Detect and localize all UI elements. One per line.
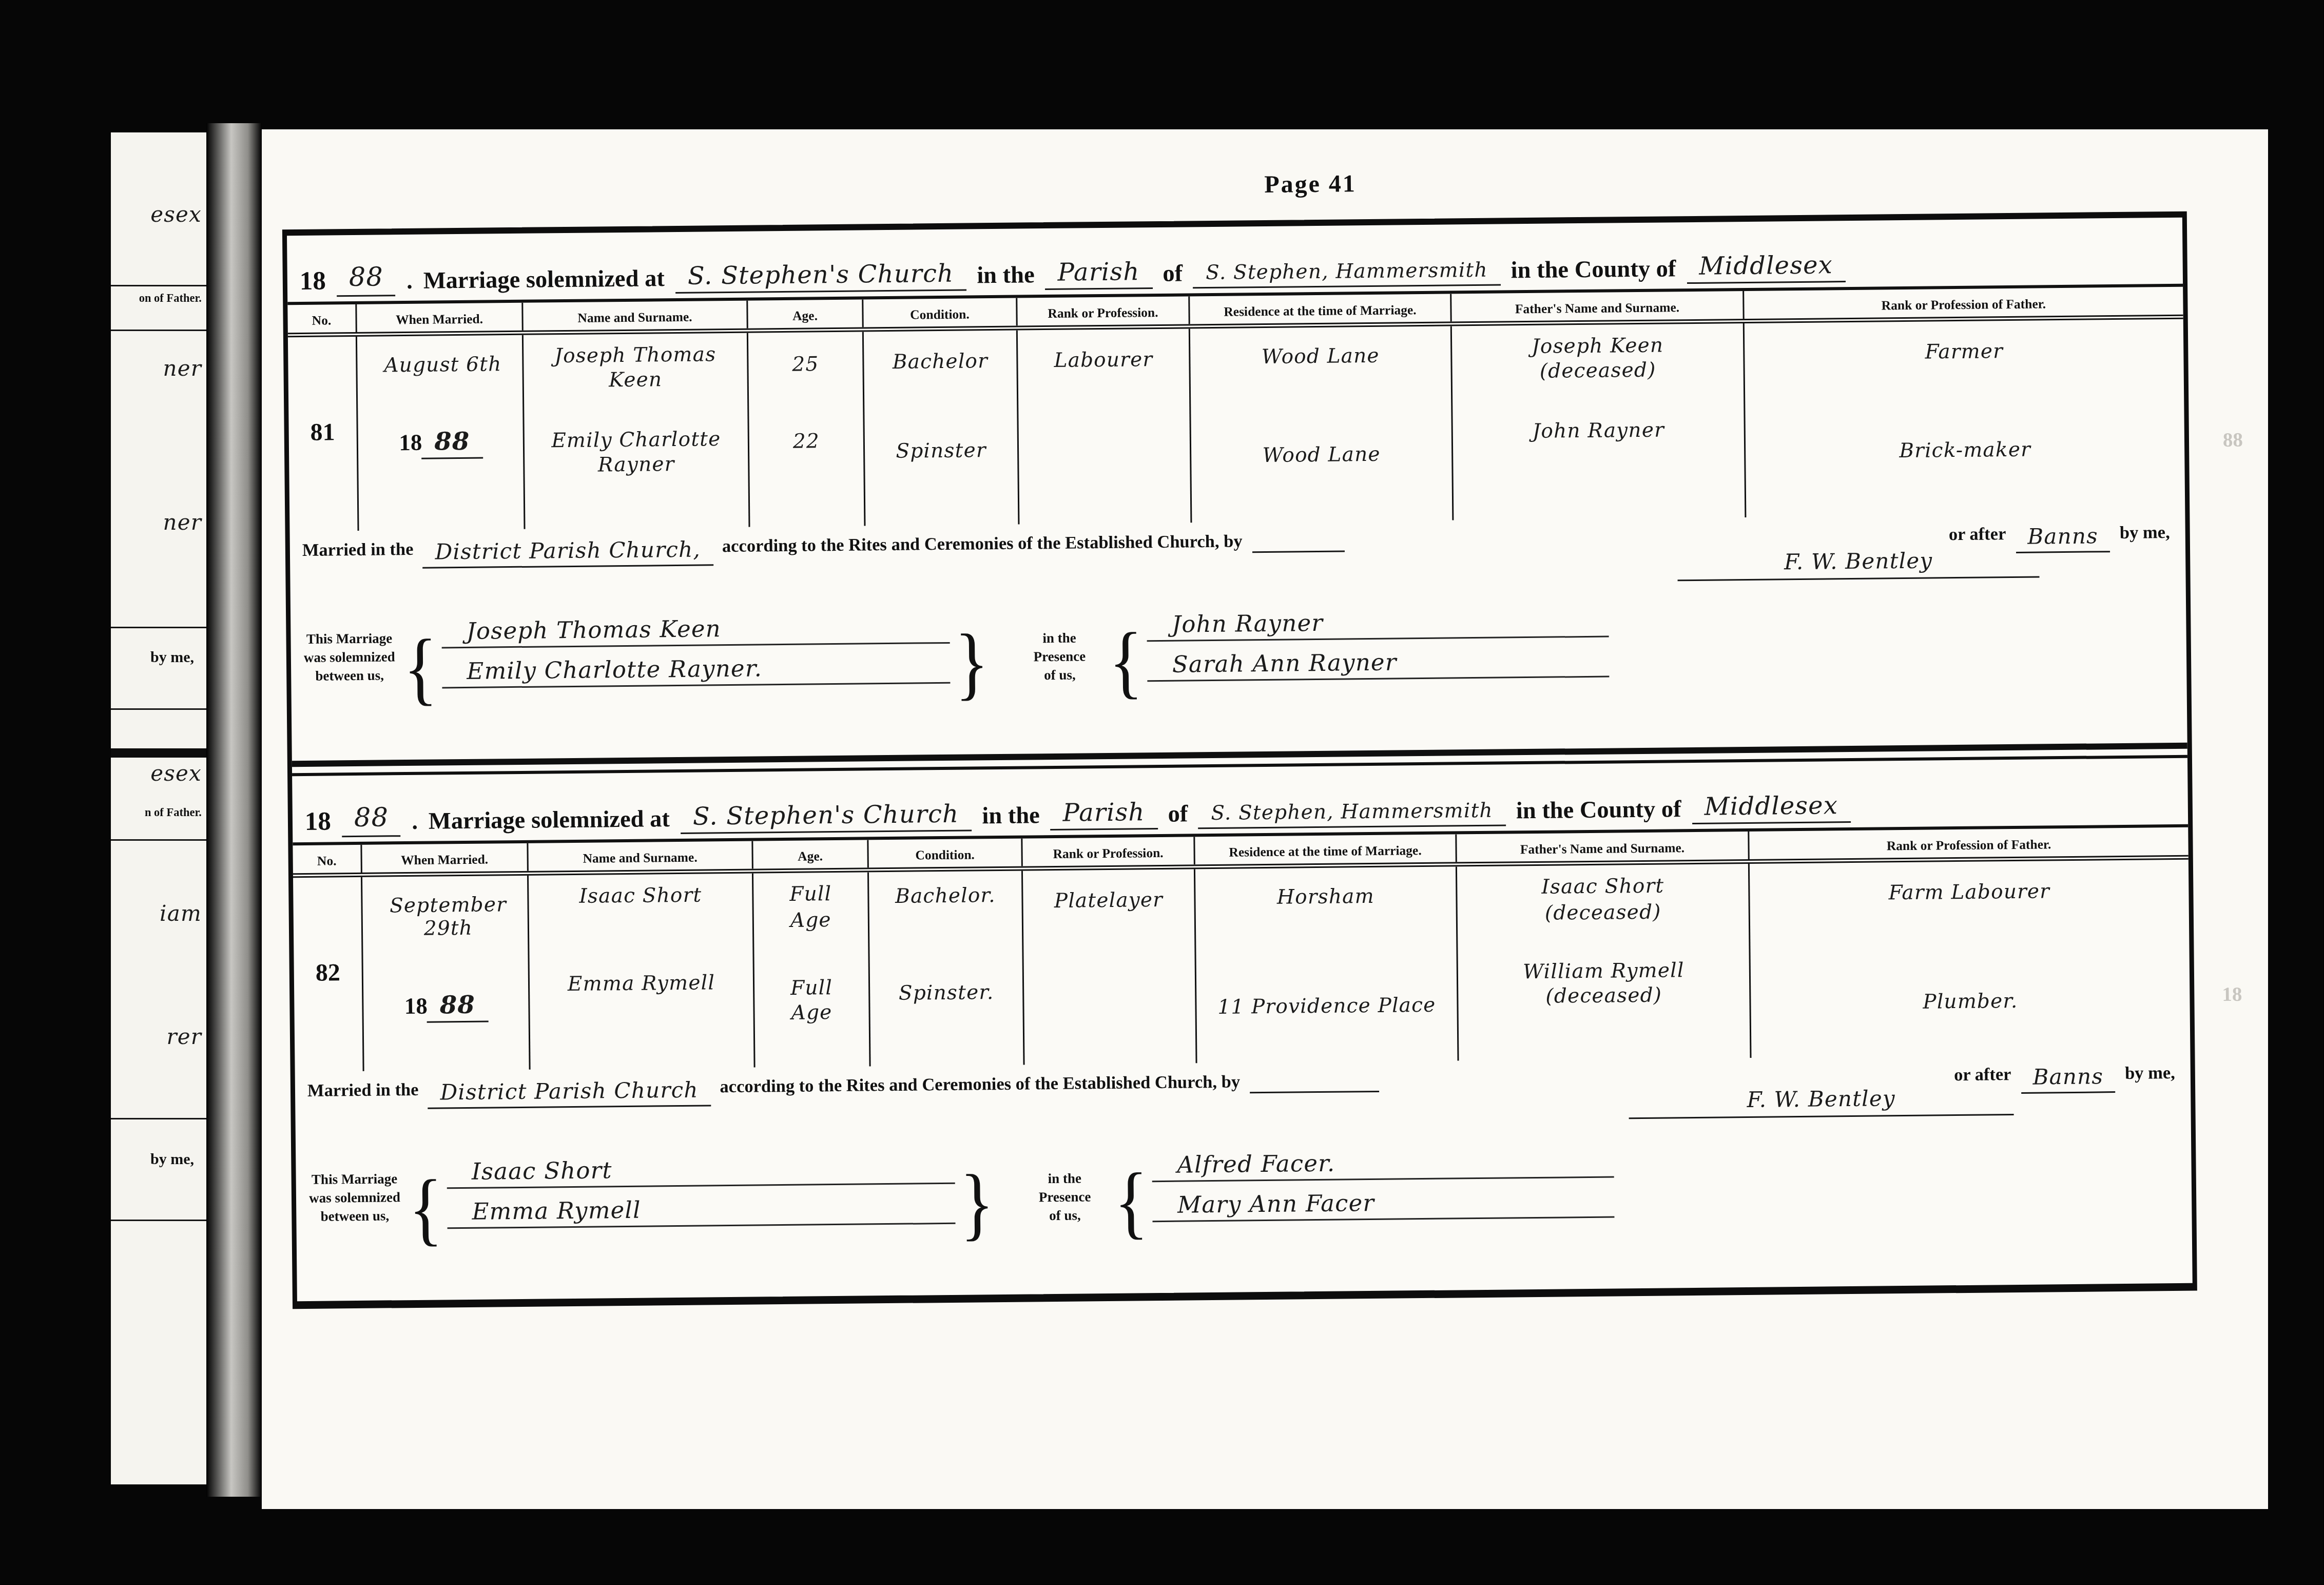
year-printed: 18 (305, 807, 332, 838)
fragment-surname-script: iam (160, 902, 202, 927)
when-married-cell: August 6th 1888 (357, 335, 526, 531)
witness-signature: Mary Ann Facer (1153, 1188, 1615, 1223)
parish-name-handwritten: S. Stephen, Hammersmith (1198, 800, 1505, 829)
by-me-label: by me, (2125, 1065, 2175, 1084)
marriage-record-82: 1888. Marriage solemnized at S. Stephen'… (292, 758, 2193, 1302)
bride-father-rank: Brick-maker (1746, 438, 2184, 468)
father-name-cell: Joseph Keen(deceased) John Rayner (1452, 324, 1747, 520)
father-rank-cell: Farmer Brick-maker (1745, 319, 2185, 517)
by-me-label: by me, (2120, 525, 2170, 544)
groom-name: Joseph ThomasKeen (524, 344, 747, 396)
presence-label: in thePresenceof us, (1020, 1171, 1110, 1226)
condition-cell: Bachelor. Spinster. (869, 872, 1025, 1067)
presence-label: in thePresenceof us, (1015, 630, 1105, 685)
brace-open: { (408, 1141, 443, 1279)
of-label: of (1168, 802, 1188, 829)
spacer (1388, 1067, 1945, 1072)
record-row: 82 September 29th 1888 Isaac Short Emma … (293, 860, 2190, 1072)
according-label: according to the Rites and Ceremonies of… (720, 1074, 1240, 1098)
col-father-rank: Rank or Profession of Father. (1744, 287, 2183, 319)
county-handwritten: Middlesex (1692, 791, 1850, 825)
signature-block: This Marriagewas solemnizedbetween us, {… (290, 579, 2187, 761)
groom-condition: Bachelor. (869, 885, 1021, 912)
col-condition: Condition. (868, 839, 1023, 868)
bride-father: John Rayner (1453, 418, 1744, 446)
fragment-rule (111, 708, 206, 710)
col-rank: Rank or Profession. (1022, 837, 1195, 867)
fragment-father-header: on of Father. (139, 291, 202, 305)
officiant-signature: F. W. Bentley (1677, 549, 2040, 582)
parish-word-handwritten: Parish (1045, 257, 1152, 290)
groom-father-rank: Farm Labourer (1750, 880, 2189, 910)
groom-name: Isaac Short (529, 885, 752, 912)
col-name: Name and Surname. (528, 841, 753, 872)
married-place-handwritten: District Parish Church, (422, 538, 713, 569)
fragment-rule (111, 1118, 206, 1119)
banns-handwritten: Banns (2020, 1066, 2116, 1094)
period: . (412, 809, 418, 837)
col-father: Father's Name and Surname. (1451, 291, 1744, 322)
col-father-rank: Rank or Profession of Father. (1749, 827, 2188, 860)
witness-signature: Alfred Facer. (1152, 1148, 1615, 1183)
col-no: No. (287, 304, 357, 333)
marriage-record-81: 1888. Marriage solemnized at S. Stephen'… (287, 218, 2187, 761)
father-rank-cell: Farm Labourer Plumber. (1750, 860, 2191, 1058)
parish-name-handwritten: S. Stephen, Hammersmith (1193, 260, 1500, 289)
fragment-rule (111, 839, 206, 841)
solemnized-at-label: Marriage solemnized at (423, 266, 665, 296)
brace-open: { (1108, 593, 1144, 731)
fragment-surname-script: rer (166, 1026, 202, 1050)
solemnized-at-label: Marriage solemnized at (429, 807, 670, 837)
fragment-section-band (111, 748, 206, 758)
scanned-register-image: esex on of Father. ner ner by me, esex n… (0, 0, 2324, 1585)
col-name: Name and Surname. (523, 301, 748, 331)
marriage-year: 1888 (363, 990, 529, 1022)
county-label: in the County of (1510, 256, 1676, 285)
year-printed: 18 (300, 266, 326, 297)
previous-page-edge: esex on of Father. ner ner by me, esex n… (111, 132, 214, 1484)
couple-signatures: Joseph Thomas Keen Emily Charlotte Rayne… (441, 613, 950, 688)
groom-age: 25 (778, 333, 834, 380)
age-cell: Full Age Full Age (753, 873, 871, 1068)
brace-close: } (954, 594, 990, 733)
groom-signature: Joseph Thomas Keen (441, 613, 950, 649)
bride-father-rank: Plumber. (1751, 989, 2190, 1018)
rank-cell: Labourer (1018, 329, 1192, 525)
register-page: Page 41 88 18 1888. Marriage solemnized … (262, 129, 2268, 1509)
groom-father: Isaac Short(deceased) (1457, 875, 1749, 928)
bride-name: Emma Rymell (530, 971, 753, 998)
groom-father-rank: Farmer (1745, 339, 2183, 369)
witness-signatures: John Rayner Sarah Ann Rayner (1147, 607, 1610, 682)
fragment-rule (111, 330, 206, 331)
fragment-by-me: by me, (150, 1152, 194, 1169)
condition-cell: Bachelor Spinster (864, 331, 1020, 526)
or-after-label: or after (1949, 526, 2006, 545)
year-handwritten: 88 (342, 803, 401, 838)
col-father: Father's Name and Surname. (1457, 832, 1749, 863)
county-label: in the County of (1516, 797, 1681, 826)
bride-age: 22 (778, 379, 834, 457)
bride-father: William Rymell(deceased) (1458, 959, 1750, 1012)
period: . (406, 268, 413, 296)
bride-condition: Spinster (865, 440, 1017, 467)
bride-age: Full Age (783, 934, 840, 1028)
marriage-year: 1888 (358, 426, 524, 458)
marriage-date-handwritten: August 6th (363, 354, 522, 378)
bleed-through-number: 18 (2222, 982, 2242, 1007)
in-the-label: in the (977, 262, 1035, 291)
church-name-handwritten: S. Stephen's Church (675, 259, 966, 294)
col-age: Age. (753, 840, 869, 869)
groom-age: Full Age (783, 873, 839, 935)
church-name-handwritten: S. Stephen's Church (681, 799, 972, 834)
witness-signature: John Rayner (1147, 607, 1610, 642)
fragment-rule (111, 627, 206, 628)
names-cell: Isaac Short Emma Rymell (529, 874, 756, 1070)
bride-residence: 11 Providence Place (1196, 994, 1457, 1021)
page-number-heading: Page 41 (1156, 170, 1464, 201)
col-age: Age. (748, 299, 864, 328)
entry-number-cell: 82 (293, 878, 364, 1072)
married-in-label: Married in the (307, 1082, 419, 1101)
groom-rank: Labourer (1018, 349, 1189, 376)
this-marriage-label: This Marriagewas solemnizedbetween us, (300, 631, 399, 686)
col-rank: Rank or Profession. (1017, 296, 1190, 326)
bride-name: Emily CharlotteRayner (525, 428, 748, 480)
according-label: according to the Rites and Ceremonies of… (722, 533, 1243, 557)
this-marriage-label: This Marriagewas solemnizedbetween us, (305, 1171, 404, 1226)
of-label: of (1163, 261, 1183, 288)
col-when: When Married. (357, 303, 524, 333)
spacer (1353, 527, 1939, 532)
blank-rule (1251, 532, 1344, 553)
brace-open: { (403, 600, 438, 738)
or-after-label: or after (1954, 1067, 2011, 1086)
col-when: When Married. (362, 843, 529, 873)
married-place-handwritten: District Parish Church (428, 1079, 710, 1110)
father-name-cell: Isaac Short(deceased) William Rymell(dec… (1457, 864, 1752, 1061)
fragment-surname-script: ner (163, 511, 202, 536)
col-no: No. (293, 845, 362, 874)
witness-signatures: Alfred Facer. Mary Ann Facer (1152, 1148, 1615, 1223)
groom-residence: Wood Lane (1190, 345, 1450, 373)
couple-signatures: Isaac Short Emma Rymell (447, 1154, 956, 1229)
when-married-cell: September 29th 1888 (362, 876, 531, 1072)
fragment-by-me: by me, (150, 650, 194, 667)
parish-word-handwritten: Parish (1050, 798, 1157, 831)
brace-close: } (959, 1135, 995, 1274)
bride-residence: Wood Lane (1191, 444, 1451, 472)
bride-signature: Emma Rymell (447, 1194, 956, 1230)
residence-cell: Wood Lane Wood Lane (1190, 326, 1454, 523)
married-in-label: Married in the (302, 541, 414, 560)
marriage-date-handwritten: September 29th (369, 895, 528, 942)
county-handwritten: Middlesex (1687, 250, 1845, 284)
witness-signature: Sarah Ann Rayner (1148, 647, 1610, 682)
fragment-surname-script: ner (163, 357, 202, 382)
register-page-content: Page 41 88 18 1888. Marriage solemnized … (255, 120, 2275, 1518)
rank-cell: Platelayer (1023, 869, 1197, 1065)
in-the-label: in the (982, 803, 1040, 832)
record-row: 81 August 6th 1888 Joseph ThomasKeen Emi… (288, 319, 2185, 531)
residence-cell: Horsham 11 Providence Place (1195, 867, 1459, 1064)
fragment-rule (111, 1220, 206, 1221)
col-residence: Residence at the time of Marriage. (1195, 835, 1457, 865)
fragment-father-header: n of Father. (145, 805, 202, 819)
brace-open: { (1113, 1134, 1149, 1272)
signature-block: This Marriagewas solemnizedbetween us, {… (296, 1120, 2193, 1302)
register-table-frame: 1888. Marriage solemnized at S. Stephen'… (282, 211, 2197, 1310)
blank-rule (1249, 1073, 1379, 1094)
fragment-rule (111, 285, 206, 286)
fragment-county-script: esex (150, 203, 202, 228)
groom-signature: Isaac Short (447, 1154, 956, 1190)
bride-condition: Spinster. (870, 981, 1022, 1008)
groom-father: Joseph Keen(deceased) (1452, 335, 1744, 388)
book-gutter-shadow (206, 123, 262, 1497)
entry-number-cell: 81 (288, 337, 359, 531)
names-cell: Joseph ThomasKeen Emily CharlotteRayner (524, 333, 750, 529)
col-residence: Residence at the time of Marriage. (1190, 294, 1452, 324)
col-condition: Condition. (863, 298, 1018, 327)
groom-rank: Platelayer (1023, 890, 1194, 916)
bleed-through-number: 88 (2223, 428, 2243, 453)
groom-residence: Horsham (1195, 886, 1456, 914)
fragment-county-script: esex (150, 762, 202, 787)
bride-signature: Emily Charlotte Rayner. (442, 653, 951, 689)
year-handwritten: 88 (337, 262, 396, 297)
age-cell: 25 22 (748, 332, 866, 527)
officiant-signature: F. W. Bentley (1629, 1087, 2014, 1119)
groom-condition: Bachelor (864, 351, 1016, 377)
